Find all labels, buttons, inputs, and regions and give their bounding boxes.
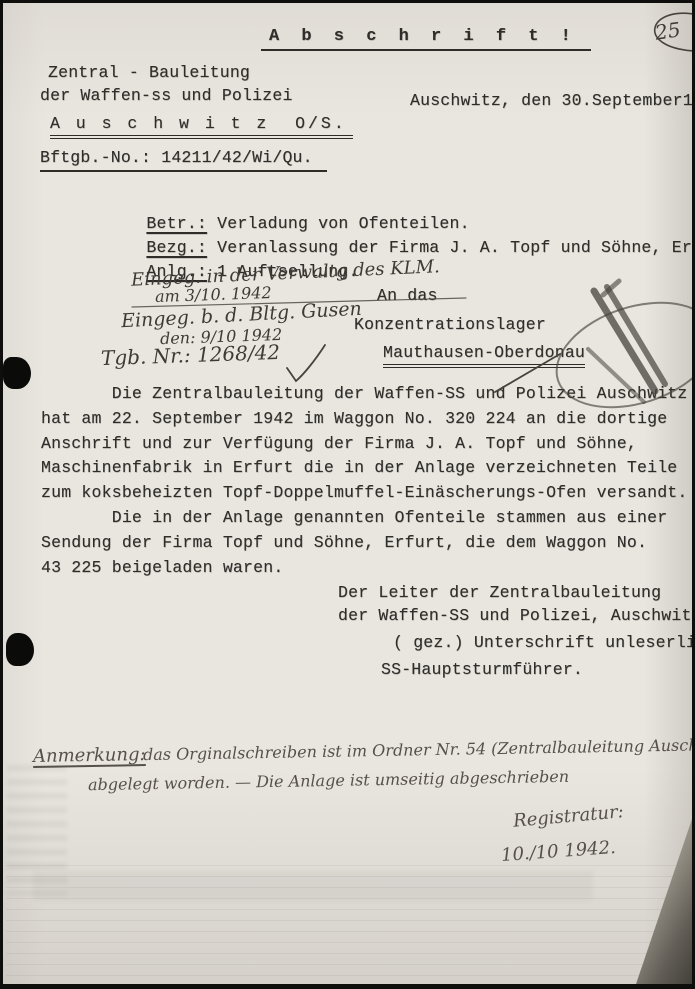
binding-hole-bottom [6, 633, 34, 666]
checkmark-tgb [287, 345, 325, 381]
pencil-scribble-stroke [594, 291, 655, 391]
page-number-circle-mark [655, 13, 694, 51]
checkmark-recipient [495, 354, 560, 392]
pencil-scribble-stroke [607, 287, 665, 384]
annotation-marks-overlay [3, 3, 695, 989]
document-page: A b s c h r i f t ! 25 Zentral - Bauleit… [0, 0, 695, 989]
stamp-underline-mark [132, 298, 466, 307]
binding-hole-top [3, 357, 31, 389]
